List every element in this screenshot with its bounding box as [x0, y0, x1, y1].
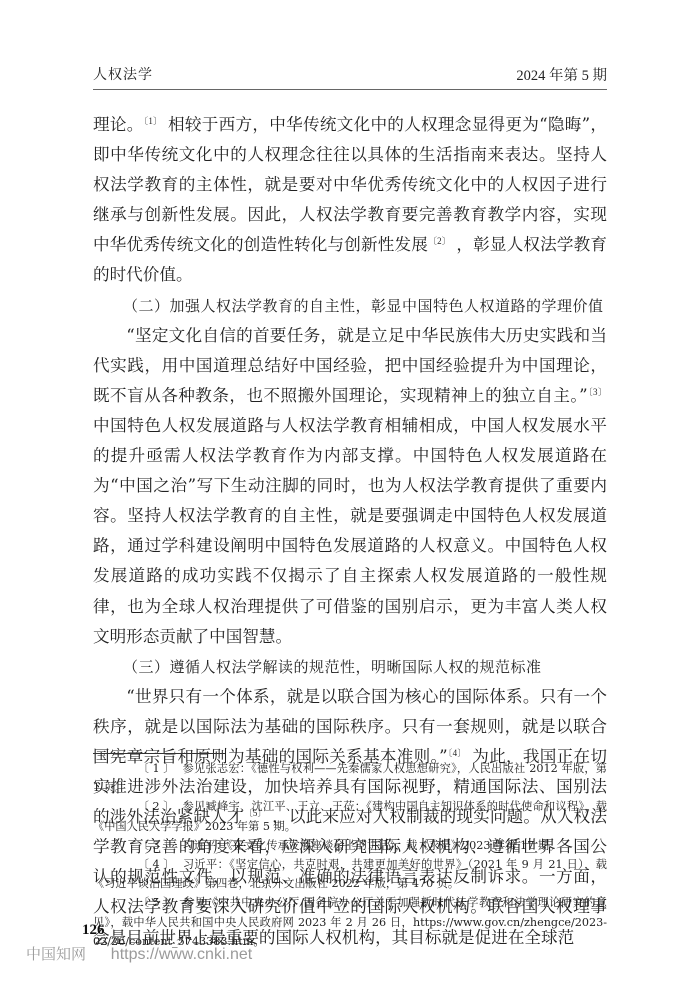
section-heading: （三）遵循人权法学解读的规范性，明晰国际人权的规范标准	[93, 652, 607, 682]
footnote-rule	[93, 753, 225, 754]
cnki-watermark: 中国知网 https://www.cnki.net	[26, 943, 252, 964]
paragraph-text: 理论。	[93, 115, 144, 134]
running-head: 人权法学 2024 年第 5 期	[93, 64, 607, 88]
footnote-number: 〔 5 〕	[115, 893, 174, 912]
footnote: 〔 1 〕参见张志宏：《德性与权利——先秦儒家人权思想研究》，人民出版社 201…	[93, 759, 607, 797]
paragraph-text: “坚定文化自信的首要任务，就是立足中华民族伟大历史实践和当代实践，用中国道理总结…	[93, 326, 607, 405]
footnote-number: 〔 4 〕	[115, 855, 174, 874]
footnote: 〔 2 〕参见臧峰宇、沈江平、王立、王莅：《建构中国自主知识体系的时代使命和议程…	[93, 797, 607, 835]
footnote-ref[interactable]: 〔3〕	[588, 387, 607, 397]
footnote-ref[interactable]: 〔2〕	[428, 236, 451, 246]
footnote-number: 〔 2 〕	[115, 797, 174, 816]
paragraph-text: 相较于西方，中华传统文化中的人权理念显得更为“隐晦”，即中华传统文化中的人权理念…	[93, 115, 607, 254]
journal-title: 人权法学	[93, 64, 153, 84]
issue-label: 2024 年第 5 期	[516, 64, 607, 85]
page-number: 126	[82, 922, 105, 939]
section-heading: （二）加强人权法学教育的自主性，彰显中国特色人权道路的学理价值	[93, 291, 607, 321]
watermark-url[interactable]: https://www.cnki.net	[111, 946, 252, 963]
paragraph-text: 中国特色人权发展道路与人权法学教育相辅相成，中国人权发展水平的提升亟需人权法学教…	[93, 416, 607, 646]
header-rule	[93, 89, 607, 90]
footnotes: 〔 1 〕参见张志宏：《德性与权利——先秦儒家人权思想研究》，人民出版社 201…	[93, 759, 607, 951]
footnote: 〔 3 〕习近平：《在文化传承发展座谈会上的讲话》，载《求是》2023 年第 1…	[93, 836, 607, 855]
paragraph: 理论。〔1〕 相较于西方，中华传统文化中的人权理念显得更为“隐晦”，即中华传统文…	[93, 110, 607, 291]
footnote-text: 习近平：《在文化传承发展座谈会上的讲话》，载《求是》2023 年第 17 期。	[182, 839, 560, 852]
footnote-ref[interactable]: 〔1〕	[144, 116, 163, 126]
footnote: 〔 4 〕习近平：《坚定信心，共克时艰，共建更加美好的世界》（2021 年 9 …	[93, 855, 607, 893]
watermark-name: 中国知网	[26, 945, 86, 963]
paragraph: “坚定文化自信的首要任务，就是立足中华民族伟大历史实践和当代实践，用中国道理总结…	[93, 321, 607, 652]
footnote-number: 〔 1 〕	[115, 759, 174, 778]
footnote-ref[interactable]: 〔4〕	[448, 748, 467, 758]
footnote-number: 〔 3 〕	[115, 836, 174, 855]
